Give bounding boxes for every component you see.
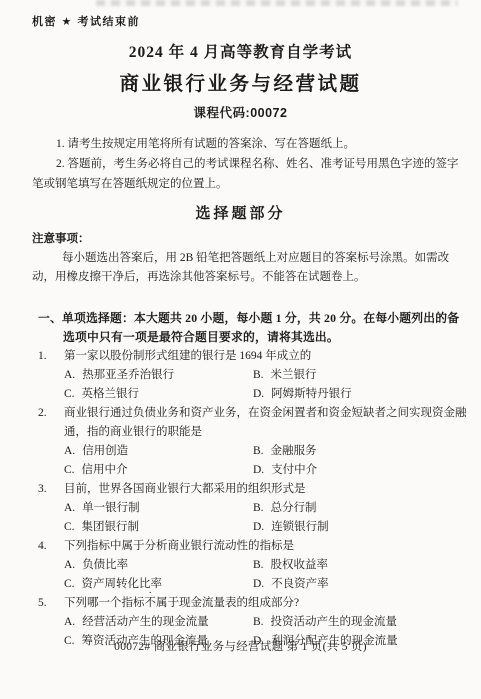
course-code: 课程代码:00072 bbox=[0, 103, 481, 121]
option-grid: A.单一银行制 B.总分行制 C.集团银行制 D.连锁银行制 bbox=[64, 499, 469, 537]
question-number: 1. bbox=[38, 347, 64, 404]
option-label: B. bbox=[253, 616, 264, 628]
option-label: B. bbox=[253, 369, 264, 381]
option-label: A. bbox=[64, 369, 75, 381]
question-stem: 下列指标中属于分析商业银行流动性的指标是 bbox=[64, 537, 469, 556]
exam-session-title: 2024 年 4 月高等教育自学考试 bbox=[0, 40, 481, 62]
stem-emphasized-char: 不 bbox=[145, 597, 157, 609]
option-label: C. bbox=[64, 578, 75, 590]
notes-body: 每小题选出答案后，用 2B 铅笔把答题纸上对应题目的答案标号涂黑。如需改动，用橡… bbox=[32, 249, 467, 287]
option-text: 英格兰银行 bbox=[82, 388, 140, 400]
classification-banner: 机密 ★ 考试结束前 bbox=[32, 13, 481, 29]
option-b: B.金融服务 bbox=[253, 442, 469, 461]
section-title: 选择题部分 bbox=[0, 202, 481, 223]
option-grid: A.热那亚圣乔治银行 B.米兰银行 C.英格兰银行 D.阿姆斯特丹银行 bbox=[64, 366, 469, 404]
question-1: 1. 第一家以股份制形式组建的银行是 1694 年成立的 A.热那亚圣乔治银行 … bbox=[38, 347, 469, 404]
general-instructions: 1. 请考生按规定用笔将所有试题的答案涂、写在答题纸上。 2. 答题前，考生务必… bbox=[32, 134, 467, 194]
option-grid: A.负债比率 B.股权收益率 C.资产周转化比率 D.不良资产率 bbox=[64, 556, 469, 594]
option-text: 热那亚圣乔治银行 bbox=[82, 369, 174, 381]
stem-text: 属于现金流量表的组成部分? bbox=[156, 597, 299, 609]
option-label: B. bbox=[253, 445, 264, 457]
option-label: D. bbox=[253, 388, 264, 400]
option-label: D. bbox=[253, 578, 264, 590]
question-4: 4. 下列指标中属于分析商业银行流动性的指标是 A.负债比率 B.股权收益率 C… bbox=[38, 537, 469, 594]
option-label: C. bbox=[64, 464, 75, 476]
stem-text: 下列哪一个指标 bbox=[64, 597, 145, 609]
option-text: 信用创造 bbox=[82, 445, 128, 457]
notes-block: 注意事项： 每小题选出答案后，用 2B 铅笔把答题纸上对应题目的答案标号涂黑。如… bbox=[32, 230, 467, 287]
question-body: 第一家以股份制形式组建的银行是 1694 年成立的 A.热那亚圣乔治银行 B.米… bbox=[64, 347, 469, 404]
notes-heading: 注意事项： bbox=[32, 230, 467, 249]
question-body: 商业银行通过负债业务和资产业务，在资金闲置者和资金短缺者之间实现资金融通，指的商… bbox=[64, 404, 469, 480]
option-label: A. bbox=[64, 616, 75, 628]
option-label: B. bbox=[253, 502, 264, 514]
option-text: 米兰银行 bbox=[271, 369, 317, 381]
option-label: D. bbox=[253, 521, 264, 533]
option-text: 单一银行制 bbox=[82, 502, 140, 514]
question-number: 2. bbox=[38, 404, 64, 480]
option-text: 经营活动产生的现金流量 bbox=[82, 616, 209, 628]
option-label: A. bbox=[64, 559, 75, 571]
question-stem: 目前，世界各国商业银行大都采用的组织形式是 bbox=[64, 480, 469, 499]
question-body: 目前，世界各国商业银行大都采用的组织形式是 A.单一银行制 B.总分行制 C.集… bbox=[64, 480, 469, 537]
option-d: D.连锁银行制 bbox=[253, 518, 469, 537]
question-number: 3. bbox=[38, 480, 64, 537]
question-list: 1. 第一家以股份制形式组建的银行是 1694 年成立的 A.热那亚圣乔治银行 … bbox=[38, 347, 469, 651]
option-c: C.信用中介 bbox=[64, 461, 253, 480]
option-text: 集团银行制 bbox=[82, 521, 140, 533]
instruction-item-1: 1. 请考生按规定用笔将所有试题的答案涂、写在答题纸上。 bbox=[32, 134, 467, 154]
option-a: A.经营活动产生的现金流量 bbox=[64, 613, 253, 632]
option-d: D.支付中介 bbox=[253, 461, 469, 480]
option-a: A.热那亚圣乔治银行 bbox=[64, 366, 253, 385]
option-text: 股权收益率 bbox=[271, 559, 329, 571]
option-grid: A.信用创造 B.金融服务 C.信用中介 D.支付中介 bbox=[64, 442, 469, 480]
option-text: 负债比率 bbox=[82, 559, 128, 571]
option-label: C. bbox=[64, 521, 75, 533]
option-b: B.总分行制 bbox=[253, 499, 469, 518]
option-text: 连锁银行制 bbox=[271, 521, 329, 533]
option-label: A. bbox=[64, 445, 75, 457]
option-a: A.信用创造 bbox=[64, 442, 253, 461]
option-text: 信用中介 bbox=[82, 464, 128, 476]
question-3: 3. 目前，世界各国商业银行大都采用的组织形式是 A.单一银行制 B.总分行制 … bbox=[38, 480, 469, 537]
option-b: B.股权收益率 bbox=[253, 556, 469, 575]
instruction-item-2: 2. 答题前，考生务必将自己的考试课程名称、姓名、准考证号用黑色字迹的签字笔或钢… bbox=[32, 154, 467, 194]
option-label: B. bbox=[253, 559, 264, 571]
option-a: A.负债比率 bbox=[64, 556, 253, 575]
part-one-heading: 一、单项选择题：本大题共 20 小题，每小题 1 分，共 20 分。在每小题列出… bbox=[38, 309, 463, 347]
page-footer: 00072# 商业银行业务与经营试题 第 1 页(共 5 页) bbox=[0, 638, 481, 654]
option-label: D. bbox=[253, 464, 264, 476]
option-label: A. bbox=[64, 502, 75, 514]
question-number: 4. bbox=[38, 537, 64, 594]
bleed-through-artifact bbox=[96, 0, 458, 6]
option-text: 不良资产率 bbox=[271, 578, 329, 590]
question-2: 2. 商业银行通过负债业务和资产业务，在资金闲置者和资金短缺者之间实现资金融通，… bbox=[38, 404, 469, 480]
option-text: 阿姆斯特丹银行 bbox=[271, 388, 352, 400]
question-stem: 下列哪一个指标不属于现金流量表的组成部分? bbox=[64, 594, 469, 613]
option-c: C.英格兰银行 bbox=[64, 385, 253, 404]
option-text: 支付中介 bbox=[271, 464, 317, 476]
option-c: C.资产周转化比率 bbox=[64, 575, 253, 594]
option-b: B.米兰银行 bbox=[253, 366, 469, 385]
option-b: B.投资活动产生的现金流量 bbox=[253, 613, 469, 632]
option-text: 投资活动产生的现金流量 bbox=[271, 616, 398, 628]
option-text: 总分行制 bbox=[271, 502, 317, 514]
option-d: D.不良资产率 bbox=[253, 575, 469, 594]
option-c: C.集团银行制 bbox=[64, 518, 253, 537]
exam-paper-page: 机密 ★ 考试结束前 2024 年 4 月高等教育自学考试 商业银行业务与经营试… bbox=[0, 0, 481, 699]
question-body: 下列指标中属于分析商业银行流动性的指标是 A.负债比率 B.股权收益率 C.资产… bbox=[64, 537, 469, 594]
exam-paper-title: 商业银行业务与经营试题 bbox=[0, 68, 481, 96]
option-d: D.阿姆斯特丹银行 bbox=[253, 385, 469, 404]
question-stem: 第一家以股份制形式组建的银行是 1694 年成立的 bbox=[64, 347, 469, 366]
option-text: 金融服务 bbox=[271, 445, 317, 457]
question-stem: 商业银行通过负债业务和资产业务，在资金闲置者和资金短缺者之间实现资金融通，指的商… bbox=[64, 404, 469, 442]
option-label: C. bbox=[64, 388, 75, 400]
option-a: A.单一银行制 bbox=[64, 499, 253, 518]
